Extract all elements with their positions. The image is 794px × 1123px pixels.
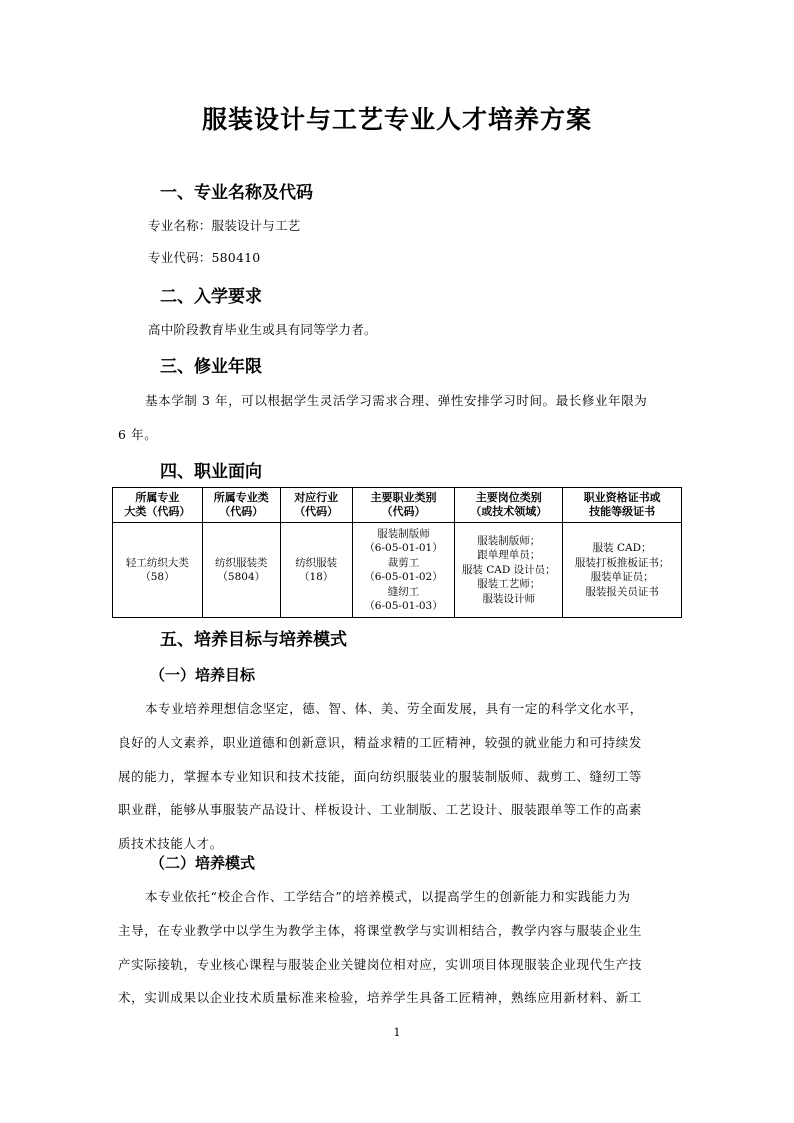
section-heading-major-name: 一、专业名称及代码 [160,178,313,203]
document-title: 服装设计与工艺专业人才培养方案 [0,100,794,136]
mode-line-2: 主导，在专业教学中以学生为教学主体，将课堂教学与实训相结合，教学内容与服装企业生 [118,921,680,939]
header-major-class: 所属专业类（代码） [202,488,280,523]
header-positions: 主要岗位类别（或技术领域） [455,488,563,523]
table-header-row: 所属专业大类（代码） 所属专业类（代码） 对应行业（代码） 主要职业类别（代码）… [113,488,682,523]
page-number: 1 [0,1026,794,1039]
cell-industry: 纺织服装（18） [280,523,352,618]
objective-line-5: 质技术技能人才。 [118,834,680,852]
duration-text-line-2: 6 年。 [118,425,680,443]
objective-line-3: 展的能力，掌握本专业知识和技术技能，面向纺织服装业的服装制版师、裁剪工、缝纫工等 [118,767,680,785]
major-code-line: 专业代码：580410 [148,248,260,266]
objective-line-4: 职业群，能够从事服装产品设计、样板设计、工业制版、工艺设计、服装跟单等工作的高素 [118,800,680,818]
subsection-heading-mode: （二）培养模式 [150,852,255,873]
cell-certificates: 服装 CAD； 服装打板推板证书； 服装单证员； 服装报关员证书 [563,523,682,618]
section-heading-admission: 二、入学要求 [160,282,262,307]
cell-major-category: 轻工纺织大类（58） [113,523,203,618]
cell-major-class: 纺织服装类（5804） [202,523,280,618]
header-industry: 对应行业（代码） [280,488,352,523]
career-orientation-table: 所属专业大类（代码） 所属专业类（代码） 对应行业（代码） 主要职业类别（代码）… [112,487,682,618]
mode-line-1: 本专业依托“校企合作、工学结合”的培养模式，以提高学生的创新能力和实践能力为 [145,887,685,905]
header-major-category: 所属专业大类（代码） [113,488,203,523]
section-heading-duration: 三、修业年限 [160,352,262,377]
section-heading-career: 四、职业面向 [160,457,262,482]
cell-positions: 服装制版师； 跟单理单员； 服装 CAD 设计员； 服装工艺师； 服装设计师 [455,523,563,618]
subsection-heading-objective: （一）培养目标 [150,664,255,685]
admission-text: 高中阶段教育毕业生或具有同等学力者。 [148,320,377,338]
mode-line-3: 产实际接轨，专业核心课程与服装企业关键岗位相对应，实训项目体现服装企业现代生产技 [118,955,680,973]
duration-text-line-1: 基本学制 3 年，可以根据学生灵活学习需求合理、弹性安排学习时间。最长修业年限为 [145,391,685,409]
mode-line-4: 术，实训成果以企业技术质量标准来检验，培养学生具备工匠精神，熟练应用新材料、新工 [118,988,680,1006]
header-occupation: 主要职业类别（代码） [352,488,455,523]
cell-occupation: 服装制版师 （6-05-01-01） 裁剪工 （6-05-01-02） 缝纫工 … [352,523,455,618]
table-row: 轻工纺织大类（58） 纺织服装类（5804） 纺织服装（18） 服装制版师 （6… [113,523,682,618]
header-certificates: 职业资格证书或技能等级证书 [563,488,682,523]
section-heading-objectives: 五、培养目标与培养模式 [160,625,347,650]
major-name-line: 专业名称：服装设计与工艺 [148,216,300,234]
objective-line-1: 本专业培养理想信念坚定，德、智、体、美、劳全面发展，具有一定的科学文化水平， [145,699,685,717]
objective-line-2: 良好的人文素养，职业道德和创新意识，精益求精的工匠精神，较强的就业能力和可持续发 [118,733,680,751]
